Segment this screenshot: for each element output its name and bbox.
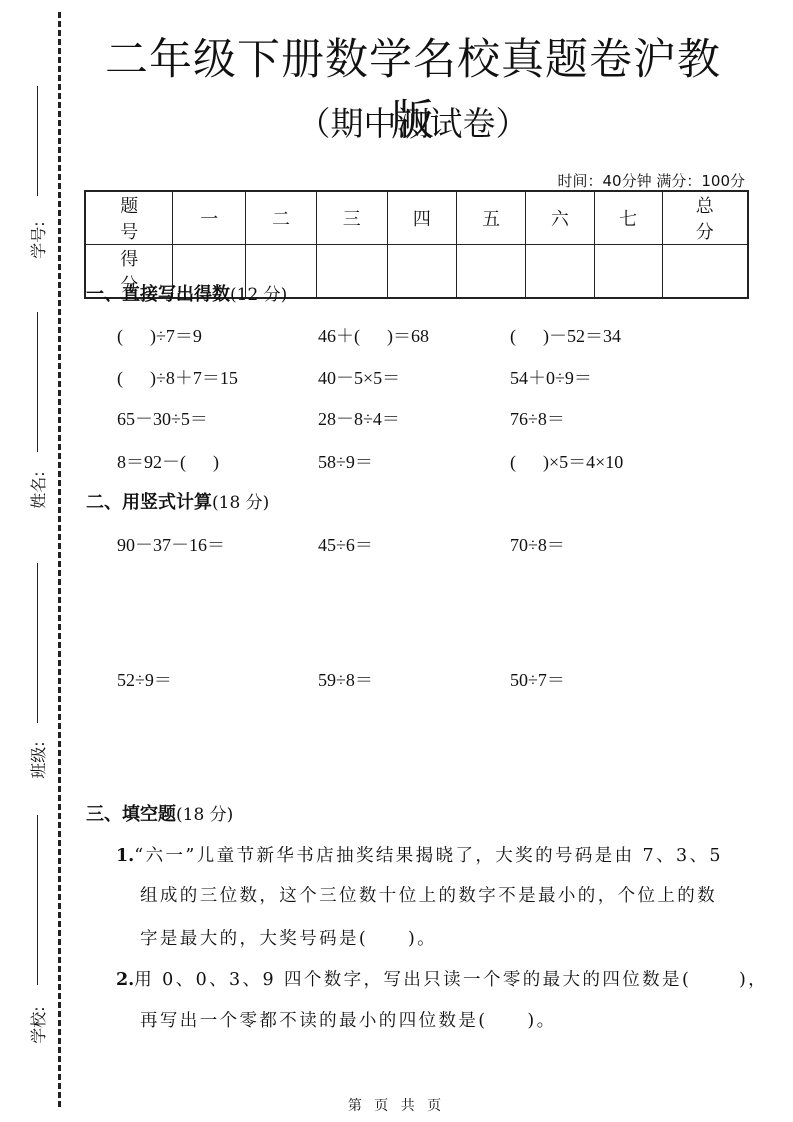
- equation: 58÷9＝: [318, 448, 373, 474]
- student-id-label: 学号:: [17, 225, 57, 255]
- page-footer: 第 页 共 页: [0, 1095, 793, 1115]
- question-2-line-1: 2.用 0、0、3、9 四个数字，写出只读一个零的最大的四位数是( )，: [116, 966, 768, 991]
- score-cell[interactable]: [526, 245, 595, 299]
- equation: 54＋0÷9＝: [510, 364, 592, 390]
- total-score-cell[interactable]: [662, 245, 748, 299]
- equation: 65－30÷5＝: [117, 405, 208, 431]
- exam-meta: 时间：40分钟 满分：100分: [558, 170, 746, 191]
- equation: 8＝92－( ): [117, 448, 219, 474]
- equation: ( )×5＝4×10: [510, 448, 623, 474]
- score-cell[interactable]: [316, 245, 387, 299]
- school-label: 学校:: [17, 1010, 57, 1040]
- equation: 76÷8＝: [510, 405, 565, 431]
- score-cell[interactable]: [457, 245, 526, 299]
- total-header: 总分: [662, 191, 748, 245]
- section1-heading: 一、直接写出得数(12 分): [86, 280, 287, 306]
- school-underline[interactable]: [37, 815, 38, 985]
- question-1-number: 1.: [116, 846, 134, 866]
- equation: 46＋( )＝68: [318, 322, 429, 348]
- section2-title: 二、用竖式计算: [86, 492, 212, 513]
- page-subtitle: （期中测试卷）: [88, 98, 738, 145]
- question-2-number: 2.: [116, 970, 134, 990]
- section3-title: 三、填空题: [86, 804, 176, 825]
- equation: 90－37－16＝: [117, 531, 225, 557]
- section2-heading: 二、用竖式计算(18 分): [86, 488, 269, 514]
- col-header: 五: [457, 191, 526, 245]
- equation: ( )－52＝34: [510, 322, 621, 348]
- equation: 50÷7＝: [510, 666, 565, 692]
- class-underline[interactable]: [37, 563, 38, 723]
- score-table-header-row: 题号 一 二 三 四 五 六 七 总分: [85, 191, 748, 245]
- name-underline[interactable]: [37, 312, 38, 452]
- col-header: 七: [594, 191, 662, 245]
- col-header: 四: [387, 191, 457, 245]
- equation: 28－8÷4＝: [318, 405, 400, 431]
- score-cell[interactable]: [594, 245, 662, 299]
- name-label: 姓名:: [17, 475, 57, 505]
- equation: 59÷8＝: [318, 666, 373, 692]
- question-1-line-3: 字是最大的，大奖号码是( )。: [140, 925, 437, 950]
- col-header: 二: [246, 191, 317, 245]
- question-1-line-1: 1.“六一”儿童节新华书店抽奖结果揭晓了，大奖的号码是由 7、3、5: [116, 842, 723, 867]
- equation: 52÷9＝: [117, 666, 172, 692]
- class-label: 班级:: [17, 745, 57, 775]
- section1-title: 一、直接写出得数: [86, 284, 230, 305]
- col-header: 一: [173, 191, 246, 245]
- score-cell[interactable]: [387, 245, 457, 299]
- student-id-underline[interactable]: [37, 86, 38, 196]
- cut-dashed-line: [58, 12, 61, 1107]
- col-header: 六: [526, 191, 595, 245]
- section3-points: (18 分): [176, 805, 233, 825]
- question-2-line-2: 再写出一个零都不读的最小的四位数是( )。: [140, 1007, 556, 1032]
- equation: 40－5×5＝: [318, 364, 400, 390]
- equation: 70÷8＝: [510, 531, 565, 557]
- question-1-line-2: 组成的三位数，这个三位数十位上的数字不是最小的，个位上的数: [140, 882, 717, 907]
- equation: ( )÷8＋7＝15: [117, 364, 238, 390]
- col-header: 三: [316, 191, 387, 245]
- question-number-label: 题号: [85, 191, 173, 245]
- section1-points: (12 分): [230, 285, 287, 305]
- equation: 45÷6＝: [318, 531, 373, 557]
- section3-heading: 三、填空题(18 分): [86, 800, 233, 826]
- equation: ( )÷7＝9: [117, 322, 202, 348]
- section2-points: (18 分): [212, 493, 269, 513]
